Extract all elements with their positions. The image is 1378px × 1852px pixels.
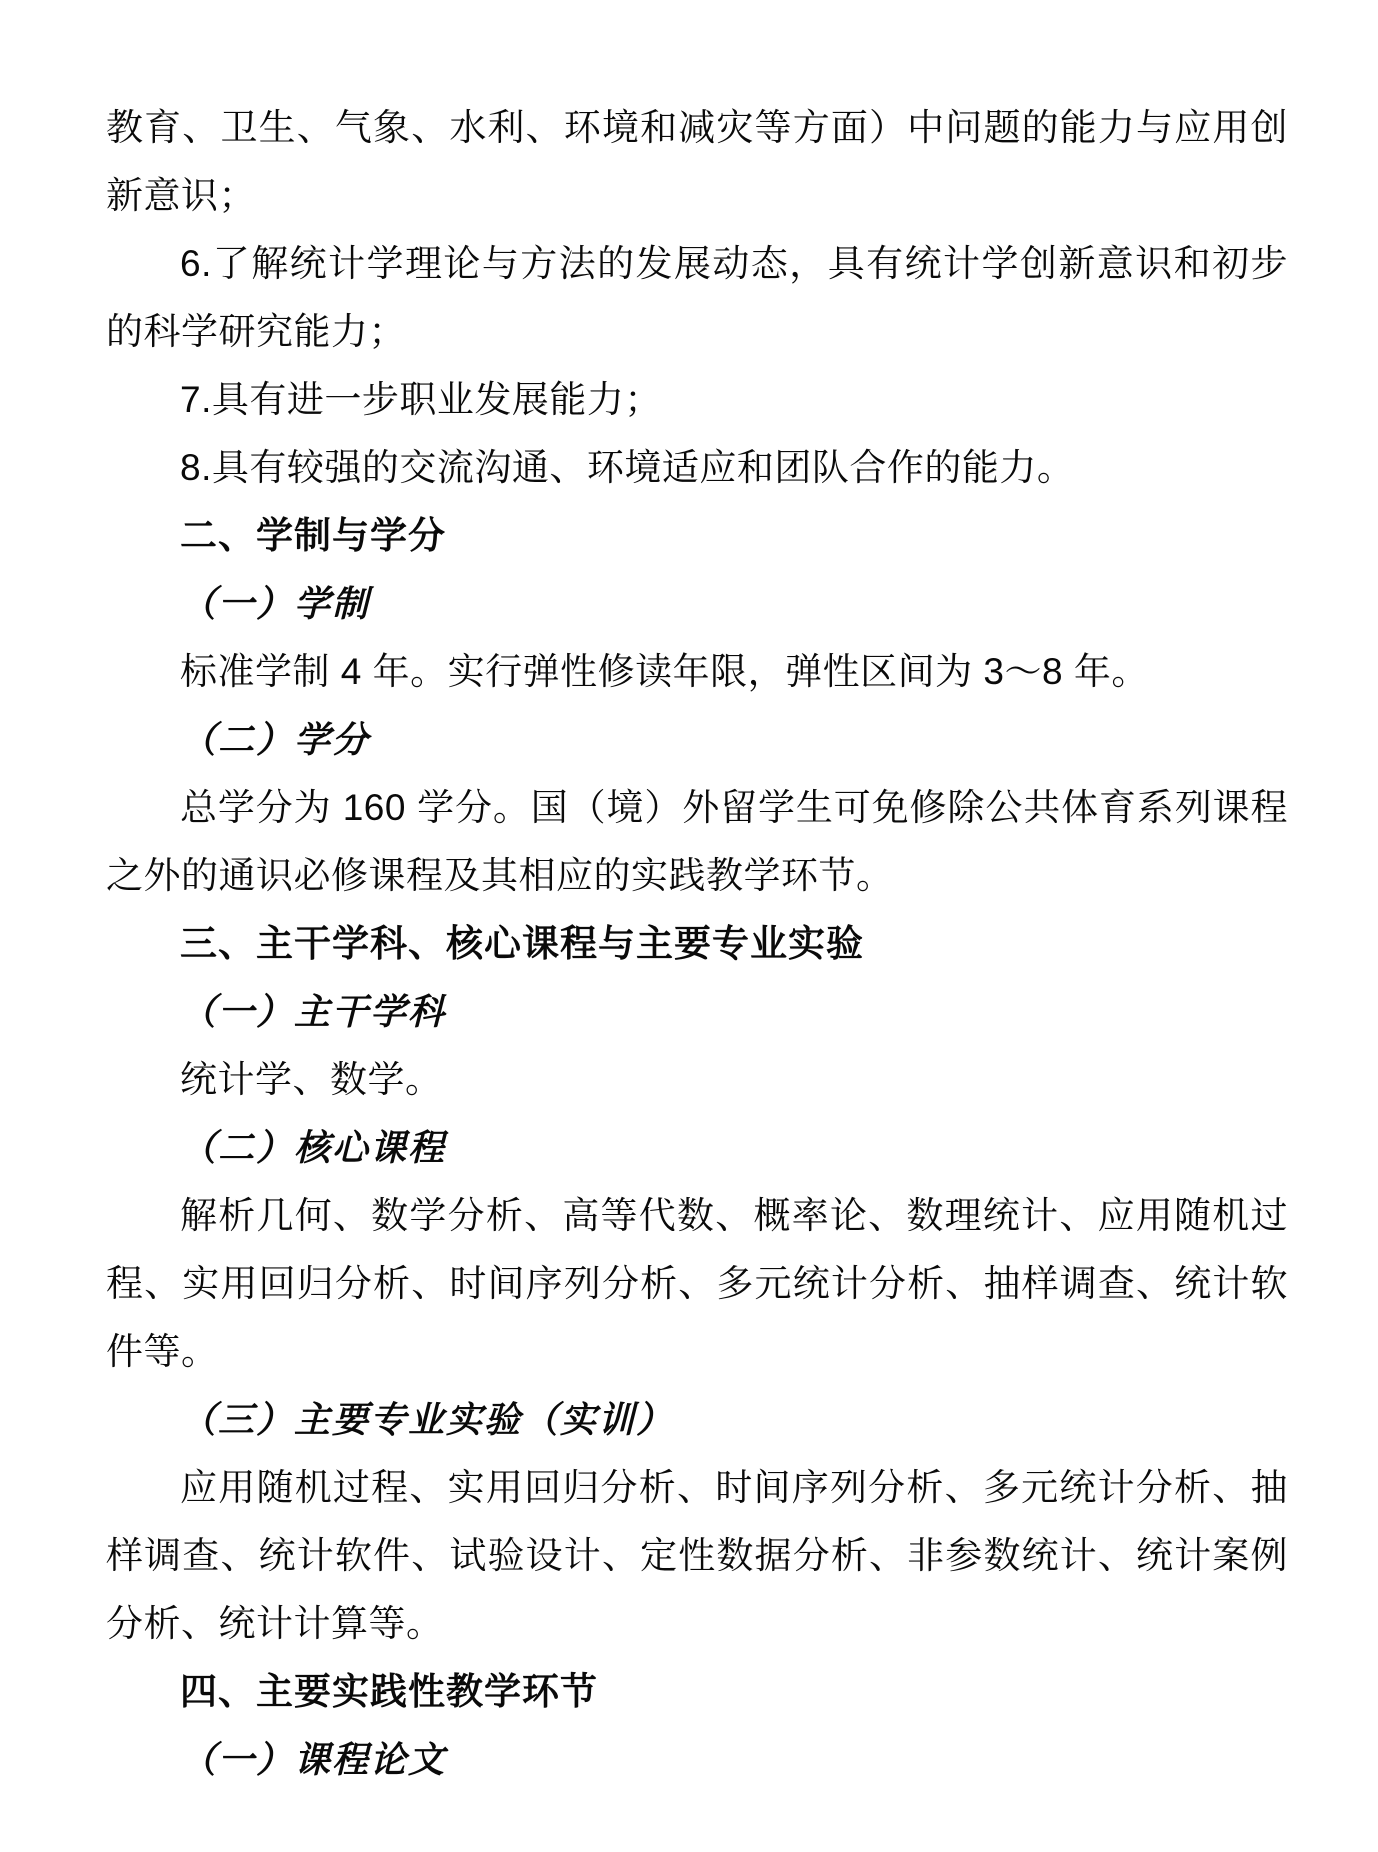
text-line: 总学分为 160 学分。国（境）外留学生可免修除公共体育系列课程 [106,774,1288,842]
section-heading: 四、主要实践性教学环节 [106,1658,1288,1726]
text-line: 分析、统计计算等。 [106,1590,1288,1658]
subsection-heading: （一）学制 [106,570,1288,638]
text-line: 的科学研究能力； [106,298,1288,366]
text-line: 解析几何、数学分析、高等代数、概率论、数理统计、应用随机过 [106,1182,1288,1250]
subsection-heading: （二）核心课程 [106,1114,1288,1182]
text-line: 之外的通识必修课程及其相应的实践教学环节。 [106,842,1288,910]
text-line: 7.具有进一步职业发展能力； [106,366,1288,434]
text-line: 标准学制 4 年。实行弹性修读年限，弹性区间为 3～8 年。 [106,638,1288,706]
subsection-heading: （一）主干学科 [106,978,1288,1046]
section-heading: 三、主干学科、核心课程与主要专业实验 [106,910,1288,978]
text-line: 程、实用回归分析、时间序列分析、多元统计分析、抽样调查、统计软 [106,1250,1288,1318]
subsection-heading: （三）主要专业实验（实训） [106,1386,1288,1454]
text-line: 8.具有较强的交流沟通、环境适应和团队合作的能力。 [106,434,1288,502]
text-line: 统计学、数学。 [106,1046,1288,1114]
text-line: 件等。 [106,1318,1288,1386]
section-heading: 二、学制与学分 [106,502,1288,570]
text-line: 新意识； [106,162,1288,230]
text-line: 教育、卫生、气象、水利、环境和减灾等方面）中问题的能力与应用创 [106,94,1288,162]
text-line: 样调查、统计软件、试验设计、定性数据分析、非参数统计、统计案例 [106,1522,1288,1590]
subsection-heading: （二）学分 [106,706,1288,774]
document-body: 教育、卫生、气象、水利、环境和减灾等方面）中问题的能力与应用创新意识；6.了解统… [106,94,1288,1794]
text-line: 应用随机过程、实用回归分析、时间序列分析、多元统计分析、抽 [106,1454,1288,1522]
document-page: 教育、卫生、气象、水利、环境和减灾等方面）中问题的能力与应用创新意识；6.了解统… [0,0,1378,1852]
subsection-heading: （一）课程论文 [106,1726,1288,1794]
text-line: 6.了解统计学理论与方法的发展动态，具有统计学创新意识和初步 [106,230,1288,298]
